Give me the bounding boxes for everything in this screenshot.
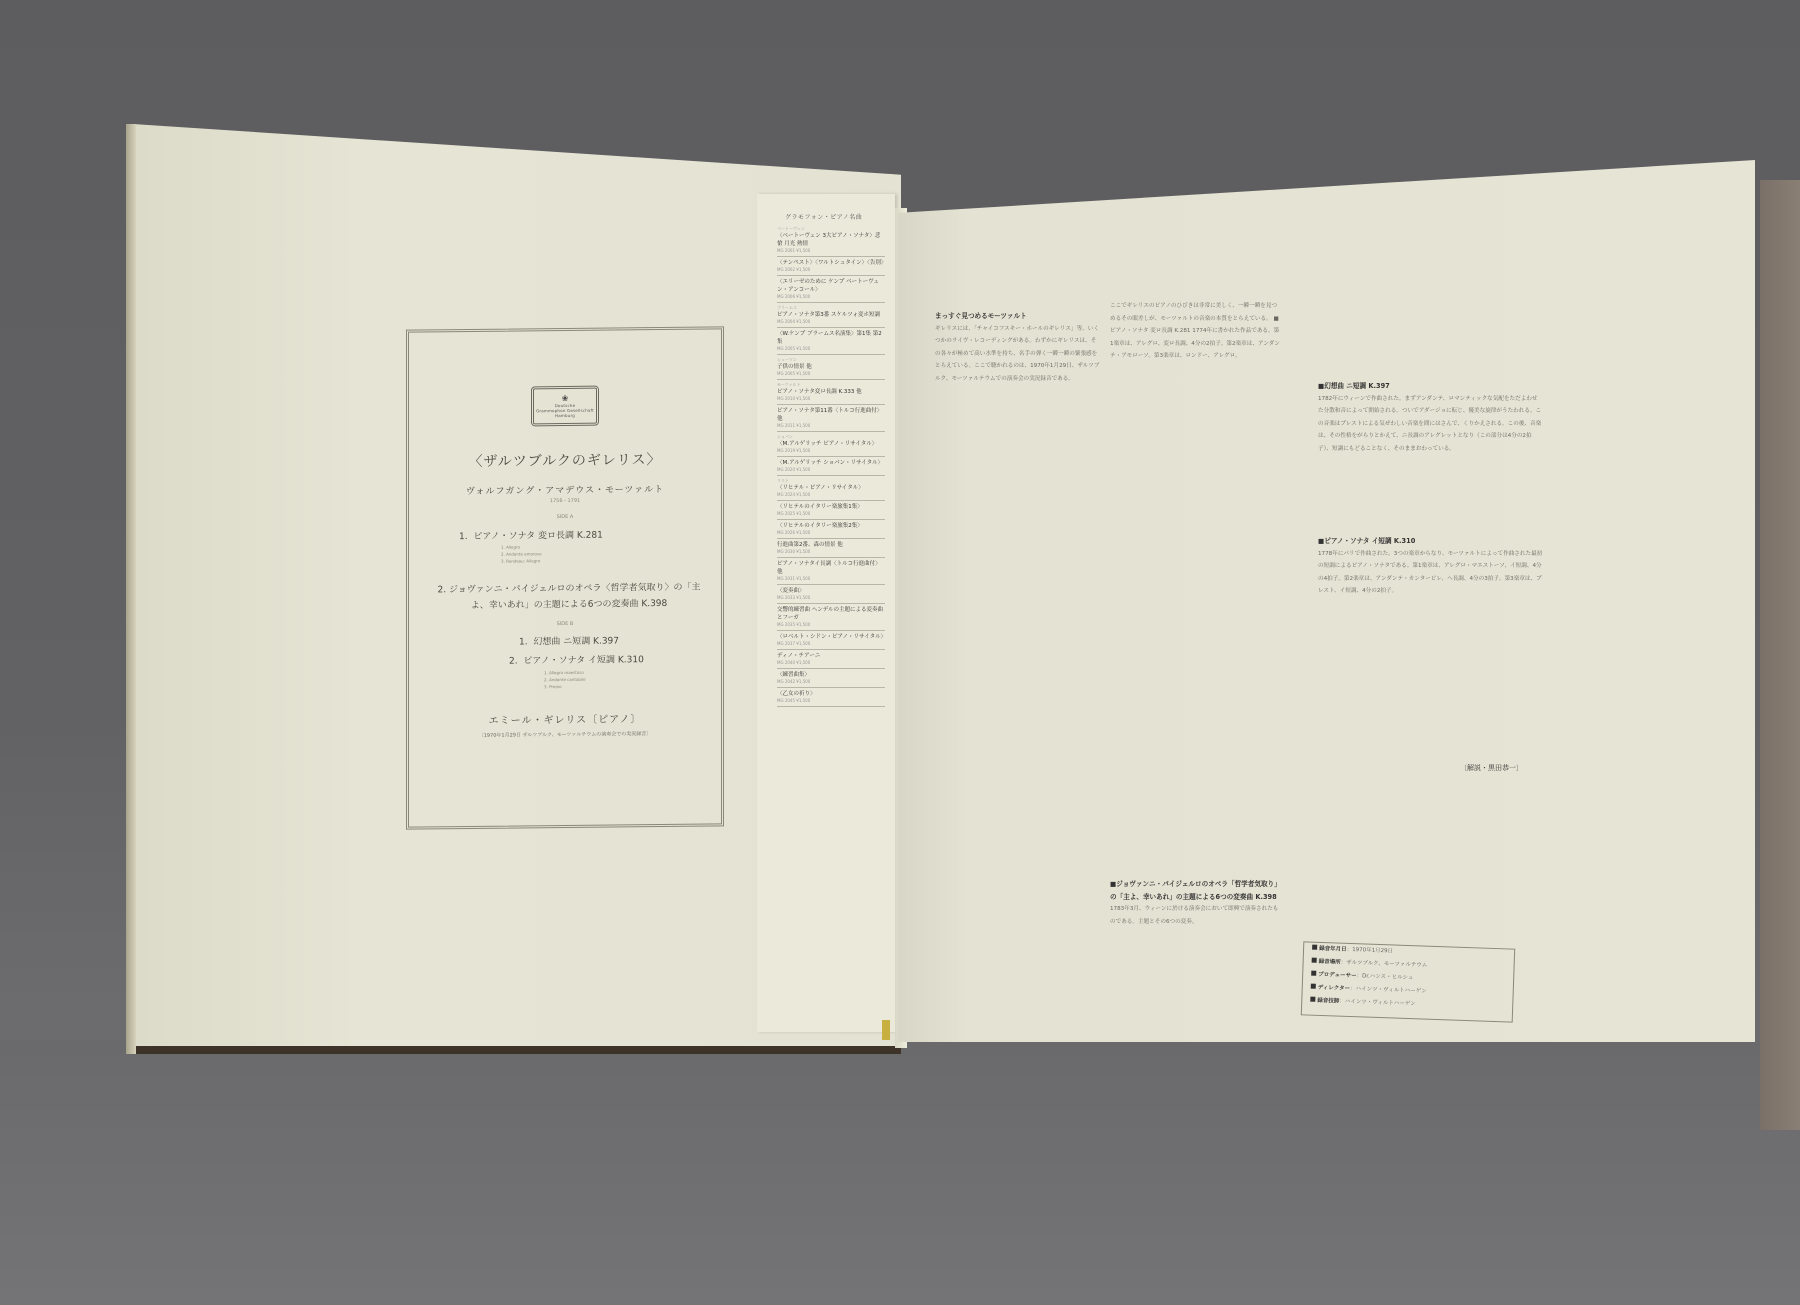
liner-notes-column: ■ジョヴァンニ・パイジェルロのオペラ「哲学者気取り」の「主よ、幸いあれ」の主題に…	[1110, 878, 1280, 928]
album-title: 〈ザルツブルクのギレリス〉	[409, 448, 721, 471]
track-listing-frame: ❀ Deutsche Grammophon Gesellschaft Hambu…	[406, 326, 724, 829]
side-a-label: SIDE A	[409, 512, 721, 521]
jacket-right-page	[898, 160, 1755, 1042]
catalog-item: 〈リヒテルのイタリー楽旅集1集〉MG 2025 ¥1,500	[777, 501, 885, 520]
catalog-item: ピアノ・ソナタイ長調〈トルコ行進曲付〉他MG 2031 ¥1,500	[777, 558, 885, 585]
track-title: 2. ピアノ・ソナタ イ短調 K.310	[509, 651, 709, 666]
liner-notes-column: まっすぐ見つめるモーツァルト ギレリスには、「チャイコフスキー・ホールのギレリス…	[935, 310, 1100, 385]
catalog-item: ベートーヴェン〈ベートーヴェン 3大ピアノ・ソナタ〉悲愴 月光 熱情MG 200…	[777, 224, 885, 257]
catalog-list: ベートーヴェン〈ベートーヴェン 3大ピアノ・ソナタ〉悲愴 月光 熱情MG 200…	[777, 224, 885, 707]
side-b-label: SIDE B	[409, 619, 721, 628]
recording-credits-box: 録音年月日：1970年1月29日 録音場所：ザルツブルク、モーツァルテウム プロ…	[1301, 941, 1515, 1022]
section-heading: まっすぐ見つめるモーツァルト	[935, 310, 1100, 323]
catalog-item: 〈W.ケンプ ブラームス名演集〉第1集 第2集MG 2005 ¥1,500	[777, 328, 885, 355]
track-title: 1. 幻想曲 ニ短調 K.397	[519, 632, 709, 647]
catalog-item: 行進曲第2番、森の情景 他MG 2030 ¥1,500	[777, 539, 885, 558]
catalog-item: 〈テンペスト〉〈ワルトシュタイン〉〈告別〉MG 2002 ¥1,500	[777, 257, 885, 276]
catalog-item: モーツァルトピアノ・ソナタ変ロ長調 K.333 他MG 2010 ¥1,500	[777, 380, 885, 405]
catalog-insert: グラモフォン・ピアノ名曲 ベートーヴェン〈ベートーヴェン 3大ピアノ・ソナタ〉悲…	[757, 194, 895, 1032]
performer-name: エミール・ギレリス〔ピアノ〕	[409, 709, 721, 727]
composer-name: ヴォルフガング・アマデウス・モーツァルト	[409, 481, 721, 497]
section-heading: ■ジョヴァンニ・パイジェルロのオペラ「哲学者気取り」の「主よ、幸いあれ」の主題に…	[1110, 878, 1280, 903]
catalog-item: 〈乙女の祈り〉MG 2045 ¥1,500	[777, 688, 885, 707]
insert-heading: グラモフォン・ピアノ名曲	[785, 212, 862, 221]
section-body: 1783年3月、ウィーンに於ける演奏会において即興で演奏されたものである。主題と…	[1110, 903, 1280, 928]
logo-line: Hamburg	[555, 412, 575, 417]
track-title: 1. ピアノ・ソナタ 変ロ長調 K.281	[459, 527, 699, 543]
catalog-item: ショパン〈M.アルゲリッチ ピアノ・リサイタル〉MG 2019 ¥1,500	[777, 432, 885, 457]
jacket-left-edge	[126, 124, 136, 1054]
section-body: 1782年にウィーンで作曲された。まずアンダンテ、ロマンティックな気配をただよわ…	[1318, 393, 1543, 456]
bullet-square-icon	[1312, 945, 1317, 950]
catalog-item: リスト〈リヒテル・ピアノ・リサイタル〉MG 2024 ¥1,500	[777, 476, 885, 501]
section-body: 1778年にパリで作曲された。3つの楽章からなり、モーツァルトによって作曲された…	[1318, 548, 1543, 598]
movement-list: 1. Allegro 2. Andante amoroso 3. Rondeau…	[501, 542, 651, 565]
catalog-item: 〈エリーゼのために ケンプ ベートーヴェン・アンコール〉MG 2006 ¥1,5…	[777, 276, 885, 303]
catalog-item: 〈M.アルゲリッチ ショパン・リサイタル〉MG 2020 ¥1,500	[777, 457, 885, 476]
track-title: 2. ジョヴァンニ・パイジェルロのオペラ〈哲学者気取り〉の「主よ、幸いあれ」の主…	[429, 579, 709, 614]
bullet-square-icon	[1311, 971, 1316, 976]
bullet-square-icon	[1310, 997, 1315, 1002]
bullet-square-icon	[1312, 958, 1317, 963]
floor-surface	[0, 1040, 1800, 1305]
section-body: ギレリスには、「チャイコフスキー・ホールのギレリス」等、いくつかのライヴ・レコー…	[935, 323, 1100, 386]
liner-notes-column: ■ピアノ・ソナタ イ短調 K.310 1778年にパリで作曲された。3つの楽章か…	[1318, 535, 1543, 598]
bullet-square-icon	[1311, 984, 1316, 989]
tulip-crown-icon: ❀	[562, 394, 569, 402]
catalog-item: 〈ロベルト・シドン・ピアノ・リサイタル〉MG 2037 ¥1,500	[777, 631, 885, 650]
catalog-item: 〈リヒテルのイタリー楽旅集2集〉MG 2026 ¥1,500	[777, 520, 885, 539]
section-heading: ■幻想曲 ニ短調 K.397	[1318, 380, 1543, 393]
background-object	[1760, 180, 1800, 1130]
dg-logo: ❀ Deutsche Grammophon Gesellschaft Hambu…	[531, 386, 599, 427]
catalog-item: 〈変奏曲〉MG 2033 ¥1,500	[777, 585, 885, 604]
catalog-item: 交響的練習曲 ヘンデルの主題による変奏曲とフーガMG 2035 ¥1,500	[777, 604, 885, 631]
section-heading: ■ピアノ・ソナタ イ短調 K.310	[1318, 535, 1543, 548]
spine-color-strip	[882, 1020, 890, 1040]
liner-notes-author: 〔解説・黒田恭一〕	[1460, 763, 1523, 773]
liner-notes-column: ここでギレリスのピアノのひびきは非常に美しく、一瞬一瞬を見つめるその眼差しが、モ…	[1110, 300, 1280, 363]
liner-notes-column: ■幻想曲 ニ短調 K.397 1782年にウィーンで作曲された。まずアンダンテ、…	[1318, 380, 1543, 455]
catalog-item: 〈練習曲集〉MG 2042 ¥1,500	[777, 669, 885, 688]
composer-dates: 1756 - 1791	[409, 496, 721, 505]
recording-note: 〔1970年1月29日 ザルツブルク、モーツァルテウムの演奏会での実況録音〕	[409, 729, 721, 739]
section-body: ここでギレリスのピアノのひびきは非常に美しく、一瞬一瞬を見つめるその眼差しが、モ…	[1110, 300, 1280, 363]
movement-list: 1. Allegro maestoso 2. Andante cantabile…	[544, 668, 694, 691]
catalog-item: ブラームスピアノ・ソナタ第3番 スケルツォ変ホ短調MG 2004 ¥1,500	[777, 303, 885, 328]
catalog-item: シューマン子供の情景 他MG 2005 ¥1,500	[777, 355, 885, 380]
catalog-item: ピアノ・ソナタ第11番〈トルコ行進曲付〉他MG 2011 ¥1,500	[777, 405, 885, 432]
catalog-item: ディノ・チアーニMG 2040 ¥1,500	[777, 650, 885, 669]
